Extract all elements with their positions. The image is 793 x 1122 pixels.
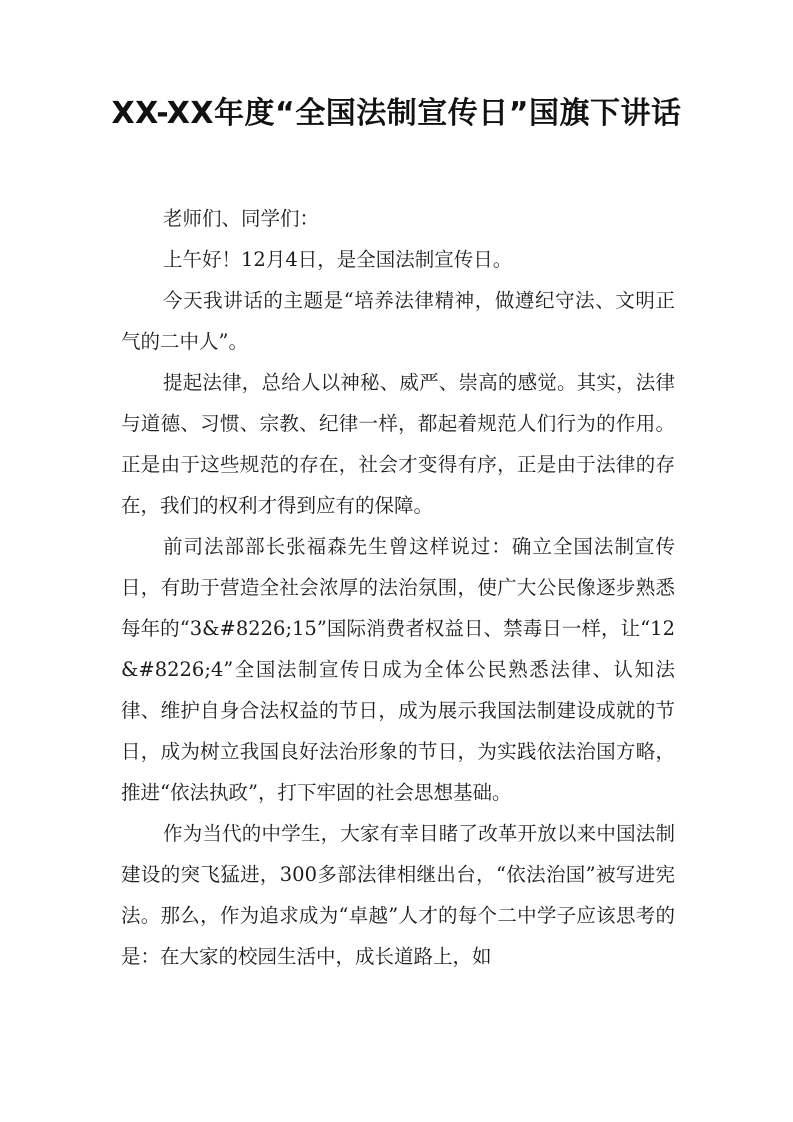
paragraph-students: 作为当代的中学生，大家有幸目睹了改革开放以来中国法制建设的突飞猛进，300多部法… [121,813,675,977]
paragraph-salutation: 老师们、同学们： [121,198,675,239]
paragraph-quote: 前司法部部长张福森先生曾这样说过：确立全国法制宣传日，有助于营造全社会浓厚的法治… [121,526,675,813]
paragraph-law-intro: 提起法律，总给人以神秘、威严、崇高的感觉。其实，法律与道德、习惯、宗教、纪律一样… [121,362,675,526]
document-page: XX-XX年度“全国法制宣传日”国旗下讲话 老师们、同学们： 上午好！12月4日… [0,0,793,1122]
document-title: XX-XX年度“全国法制宣传日”国旗下讲话 [110,93,683,135]
paragraph-theme: 今天我讲话的主题是“培养法律精神，做遵纪守法、文明正气的二中人”。 [121,280,675,362]
document-body: 老师们、同学们： 上午好！12月4日，是全国法制宣传日。 今天我讲话的主题是“培… [121,198,675,977]
paragraph-greeting: 上午好！12月4日，是全国法制宣传日。 [121,239,675,280]
